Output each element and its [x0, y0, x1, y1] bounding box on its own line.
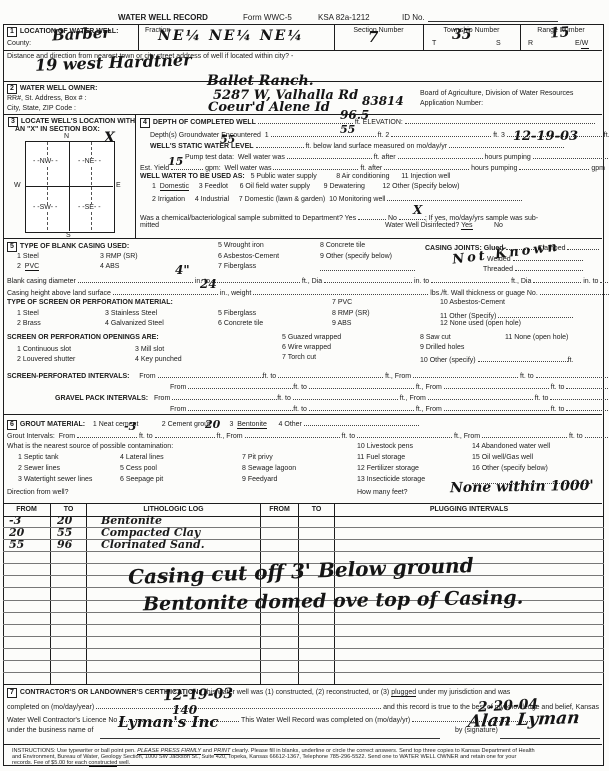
table-cell — [51, 613, 87, 624]
yield-line: Est. Yield gpm: Well water was ft. after… — [140, 162, 605, 173]
contam-opt-14: 14 Abandoned water well — [472, 443, 550, 451]
table-row: 2055Compacted Clay — [3, 528, 604, 540]
table-cell — [299, 661, 335, 672]
section2-number: 2 — [7, 84, 17, 94]
handwritten-signature: Alan Lyman — [467, 710, 580, 731]
handwritten-casing-height: 24 — [200, 278, 217, 290]
handwritten-x-mark: X — [104, 131, 115, 145]
table-cell — [51, 673, 87, 684]
screen-opt-5: 5 Fiberglass — [218, 310, 256, 318]
table-row: 5596Clorinated Sand. — [3, 540, 604, 552]
table-cell — [51, 588, 87, 599]
handwritten-owner: Ballet Ranch. — [207, 74, 314, 88]
section6-number: 6 — [7, 420, 17, 430]
casing-opt-7: 7 Fiberglass — [218, 263, 256, 271]
certification-line4a: under the business name of — [7, 727, 93, 735]
contam-opt-10: 10 Livestock pens — [357, 443, 413, 451]
certification-line1: 7CONTRACTOR'S OR LANDOWNER'S CERTIFICATI… — [7, 688, 510, 698]
section4-number: 4 — [140, 118, 150, 128]
section7-number: 7 — [7, 688, 17, 698]
table-cell — [261, 661, 299, 672]
handwritten-sample-no-x: X — [413, 204, 422, 216]
section5-heading: 5TYPE OF BLANK CASING USED: — [7, 242, 129, 252]
owner-address-label: RR#, St. Address, Box # : — [7, 95, 86, 103]
section1-number: 1 — [7, 27, 17, 37]
board-of-agriculture: Board of Agriculture, Division of Water … — [420, 90, 573, 98]
township-t: T — [432, 40, 436, 48]
opening-opt-3: 3 Mill slot — [135, 346, 164, 354]
table-cell — [261, 613, 299, 624]
spi-row2: From ft. to ft., From ft. to ft. — [170, 381, 609, 392]
opening-opt-6: 6 Wire wrapped — [282, 344, 331, 352]
handwritten-groundwater-depth: 55 — [340, 124, 355, 135]
table-cell — [51, 649, 87, 660]
disinfected-line: Water Well Disinfected? Yes No — [385, 222, 503, 230]
quadrant-se: - -SE- - — [78, 204, 101, 212]
table-cell — [261, 625, 299, 636]
contam-opt-9: 9 Feedyard — [242, 476, 277, 484]
casing-height-line: Casing height above land surface in., we… — [7, 287, 609, 298]
table-cell — [87, 649, 261, 660]
table-cell — [299, 540, 335, 551]
log-header-from2: FROM — [261, 503, 299, 516]
sample-line2: mitted — [140, 222, 159, 230]
casing-opt-5: 5 Wrought iron — [218, 242, 264, 250]
table-cell — [3, 613, 51, 624]
handwritten-section-number: 7 — [368, 30, 378, 45]
table-cell — [87, 625, 261, 636]
contam-opt-11: 11 Fuel storage — [357, 454, 405, 462]
table-cell — [3, 552, 51, 563]
screen-opt-9: 9 ABS — [332, 320, 351, 328]
table-cell — [335, 528, 604, 539]
certification-line3: Water Well Contractor's Licence No This … — [7, 714, 532, 725]
range-w-underline — [581, 48, 589, 49]
threaded-line: Threaded — [483, 263, 583, 274]
table-cell — [335, 673, 604, 684]
openings-heading: SCREEN OR PERFORATION OPENINGS ARE: — [7, 334, 159, 342]
table-cell — [299, 649, 335, 660]
table-cell — [299, 637, 335, 648]
log-header-to2: TO — [299, 503, 335, 516]
handwritten-measured-date: 12-19-03 — [513, 130, 578, 143]
table-cell — [299, 673, 335, 684]
handwritten-business-name: Lyman's Inc — [118, 715, 219, 730]
screen-opt-10: 10 Asbestos-Cement — [440, 299, 505, 307]
handwritten-county: Barber — [52, 25, 111, 43]
gpi-row1: GRAVEL PACK INTERVALS: From ft. to ft., … — [55, 392, 609, 403]
table-cell — [87, 673, 261, 684]
table-cell — [335, 613, 604, 624]
use-row2: 2 Irrigation 4 Industrial 7 Domestic (la… — [152, 193, 522, 204]
handwritten-city: Coeur'd Alene Id — [208, 101, 330, 114]
screen-opt-12: 12 None used (open hole) — [440, 320, 521, 328]
table-cell — [335, 540, 604, 551]
table-row — [3, 661, 604, 673]
handwritten-township-number: 35 — [452, 28, 471, 42]
contam-opt-15: 15 Oil well/Gas well — [472, 454, 533, 462]
handwritten-zip: 83814 — [362, 95, 404, 107]
table-cell: 96 — [51, 540, 87, 551]
table-row — [3, 637, 604, 649]
table-cell — [299, 516, 335, 527]
direction-label: Direction from well? — [7, 489, 68, 497]
table-cell — [335, 649, 604, 660]
section5-number: 5 — [7, 242, 17, 252]
table-cell — [51, 564, 87, 575]
spi-row1: SCREEN-PERFORATED INTERVALS: From ft. to… — [7, 370, 609, 381]
form-number: Form WWC-5 — [243, 13, 292, 22]
contam-opt-3: 3 Watertight sewer lines — [18, 476, 92, 484]
county-label: County: — [7, 40, 31, 48]
table-cell — [3, 601, 51, 612]
application-number-label: Application Number: — [420, 100, 483, 108]
quadrant-ne: - -NE- - — [78, 158, 101, 166]
casing-opt-6: 6 Asbestos-Cement — [218, 253, 279, 261]
handwritten-casing-diameter: 4" — [175, 264, 190, 276]
table-cell — [87, 637, 261, 648]
table-cell — [261, 516, 299, 527]
contam-opt-5: 5 Cess pool — [120, 465, 157, 473]
table-cell — [51, 661, 87, 672]
owner-city-label: City, State, ZIP Code : — [7, 105, 76, 113]
quadrant-sw: - -SW- - — [33, 204, 57, 212]
table-cell — [3, 576, 51, 587]
handwritten-completed-date: 12-19-03 — [163, 687, 234, 703]
table-cell — [335, 516, 604, 527]
table-row — [3, 649, 604, 661]
table-row — [3, 613, 604, 625]
id-blank-line — [428, 21, 558, 22]
compass-n: N — [64, 133, 69, 141]
screen-opt-2: 2 Brass — [17, 320, 41, 328]
table-cell — [261, 649, 299, 660]
table-cell — [261, 673, 299, 684]
casing-opt-3: 3 RMP (SR) — [100, 253, 138, 261]
section2-heading: 2WATER WELL OWNER: — [7, 84, 97, 94]
casing-diameter-line: Blank casing diameter in. to ft., Dia in… — [7, 275, 609, 286]
screen-opt-8: 8 RMP (SR) — [332, 310, 370, 318]
contam-opt-12: 12 Fertilizer storage — [357, 465, 419, 473]
table-cell: 55 — [3, 540, 51, 551]
compass-w: W — [14, 182, 21, 190]
opening-opt-1: 1 Continuous slot — [17, 346, 71, 354]
contam-opt-6: 6 Seepage pit — [120, 476, 163, 484]
handwritten-contamination-distance: None within 1000' — [450, 479, 594, 496]
how-many-feet-label: How many feet? — [357, 489, 408, 497]
quadrant-nw: - -NW- - — [33, 158, 58, 166]
handwritten-range-number: 15 — [550, 25, 570, 40]
section-number-label: Section Number — [334, 27, 423, 35]
screen-opt-3: 3 Stainless Steel — [105, 310, 157, 318]
compass-s: S — [66, 232, 71, 240]
opening-opt-9: 9 Drilled holes — [420, 344, 464, 352]
table-row — [3, 625, 604, 637]
contam-opt-7: 7 Pit privy — [242, 454, 273, 462]
handwritten-grout-to: 20 — [205, 419, 220, 430]
screen-opt-4: 4 Galvanized Steel — [105, 320, 164, 328]
casing-opt-2: 2 PVC — [17, 263, 39, 271]
water-well-record-form: WATER WELL RECORD Form WWC-5 KSA 82a-121… — [0, 0, 609, 771]
gpi-row2: From ft. to ft., From ft. to ft. — [170, 403, 609, 414]
range-ew: E/W — [575, 40, 588, 48]
table-cell — [261, 528, 299, 539]
screen-opt-6: 6 Concrete tile — [218, 320, 263, 328]
opening-opt-11: 11 None (open hole) — [505, 334, 568, 342]
table-cell — [51, 637, 87, 648]
screen-opt-7: 7 PVC — [332, 299, 352, 307]
contam-opt-2: 2 Sewer lines — [18, 465, 60, 473]
table-cell: Clorinated Sand. — [87, 540, 261, 551]
opening-opt-2: 2 Louvered shutter — [17, 356, 75, 364]
table-row — [3, 673, 604, 684]
section3-heading-2: AN "X" IN SECTION BOX: — [15, 126, 100, 134]
casing-opt-1: 1 Steel — [17, 253, 39, 261]
table-cell — [51, 552, 87, 563]
casing-opt-8: 8 Concrete tile — [320, 242, 365, 250]
opening-opt-7: 7 Torch cut — [282, 354, 316, 362]
table-cell — [51, 576, 87, 587]
table-cell — [335, 661, 604, 672]
table-cell — [299, 613, 335, 624]
ksa-number: KSA 82a-1212 — [318, 13, 370, 22]
contam-opt-16: 16 Other (specify below) — [472, 465, 548, 473]
opening-opt-5: 5 Guazed wrapped — [282, 334, 341, 342]
table-cell — [3, 649, 51, 660]
handwritten-depth: 96.5 — [340, 109, 369, 121]
table-cell — [3, 661, 51, 672]
casing-opt-4: 4 ABS — [100, 263, 119, 271]
table-cell — [335, 637, 604, 648]
static-level-line: WELL'S STATIC WATER LEVEL ft. below land… — [150, 140, 564, 151]
table-cell — [51, 601, 87, 612]
screen-material-heading: TYPE OF SCREEN OR PERFORATION MATERIAL: — [7, 299, 173, 307]
handwritten-yield: 15 — [168, 156, 183, 167]
contam-opt-8: 8 Sewage lagoon — [242, 465, 296, 473]
table-cell — [299, 528, 335, 539]
pump-test-line: Pump test data: Well water was ft. after… — [185, 151, 609, 162]
screen-opt-1: 1 Steel — [17, 310, 39, 318]
table-cell — [51, 625, 87, 636]
table-cell — [87, 661, 261, 672]
contam-opt-4: 4 Lateral lines — [120, 454, 164, 462]
contamination-label: What is the nearest source of possible c… — [7, 443, 173, 451]
contam-opt-1: 1 Septic tank — [18, 454, 58, 462]
handwritten-static-level: 55 — [220, 134, 235, 145]
handwritten-grout-from: -3 — [124, 421, 136, 432]
table-cell — [299, 625, 335, 636]
opening-opt-10: 10 Other (specify) ft. — [420, 354, 573, 365]
handwritten-fraction: NE¼ NE¼ NE¼ — [158, 29, 304, 43]
log-table-header: FROM TO LITHOLOGIC LOG FROM TO PLUGGING … — [3, 503, 604, 517]
table-cell — [3, 673, 51, 684]
table-cell — [3, 637, 51, 648]
use-header-line: WELL WATER TO BE USED AS: 5 Public water… — [140, 173, 451, 181]
opening-opt-8: 8 Saw cut — [420, 334, 451, 342]
id-label: ID No. — [402, 13, 425, 22]
opening-opt-4: 4 Key punched — [135, 356, 182, 364]
township-s: S — [496, 40, 501, 48]
casing-opt-9: 9 Other (specify below) — [320, 253, 392, 261]
compass-e: E — [116, 182, 121, 190]
table-cell — [261, 637, 299, 648]
table-cell — [261, 540, 299, 551]
grout-intervals-line: Grout Intervals: From ft. to ft., From f… — [7, 430, 609, 441]
table-cell — [335, 625, 604, 636]
table-cell — [3, 625, 51, 636]
page-title: WATER WELL RECORD — [118, 13, 208, 22]
section-box — [25, 141, 115, 233]
township-number-label: Township Number — [423, 27, 520, 35]
table-cell — [3, 588, 51, 599]
log-header-plugging: PLUGGING INTERVALS — [335, 503, 604, 516]
use-row1: 1 Domestic 3 Feedlot 6 Oil field water s… — [152, 183, 459, 191]
table-cell — [3, 564, 51, 575]
range-r: R — [528, 40, 533, 48]
contam-opt-13: 13 Insecticide storage — [357, 476, 425, 484]
table-row: -320Bentonite — [3, 516, 604, 528]
instructions-line3: records. Fee of $5.00 for each construct… — [12, 760, 130, 766]
